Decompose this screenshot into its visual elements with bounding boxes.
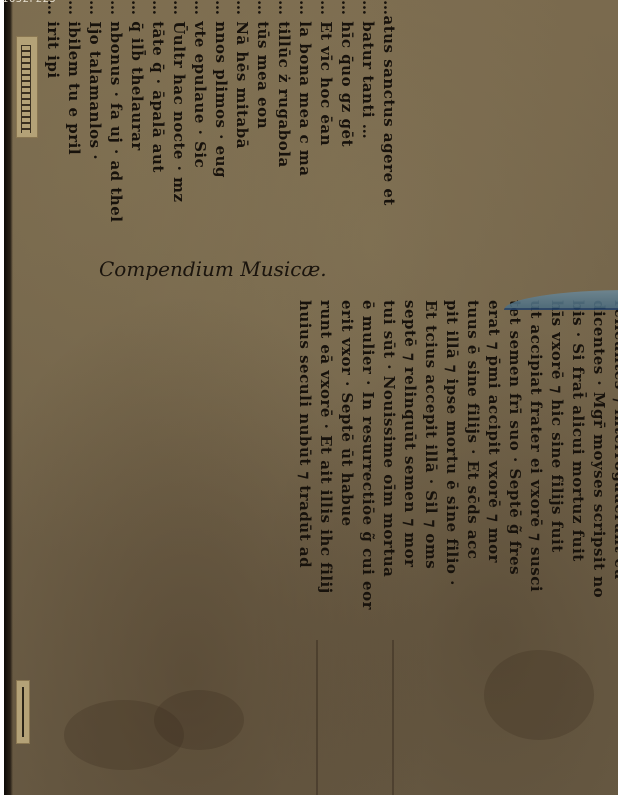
water-stain xyxy=(484,650,594,740)
manuscript-text-line: … vte epulaue · Sic xyxy=(189,0,210,640)
manuscript-text-line: runt eā vxorē · Et ait illis ihc filij xyxy=(315,300,336,630)
manuscript-text-line: huius seculi nubūt ⁊ tradūt ad xyxy=(294,300,315,630)
manuscript-text-line: septē ⁊ relinquūt semen ⁊ mor xyxy=(399,300,420,630)
manuscript-text-line: dicentes · Mgr̄ moyses scripsit no xyxy=(588,300,609,630)
manuscript-text-line: hīs vxorē ⁊ hic sine filijs fuit xyxy=(546,300,567,630)
manuscript-text-line: ē mulier · In resurrectiōe g̃ cui eor xyxy=(357,300,378,630)
text-column-right: Philosop̄ · ··· ad vbumquādā tā dum̄ · q… xyxy=(294,300,618,630)
water-stain xyxy=(154,690,244,750)
handwritten-title: Compendium Musicæ. xyxy=(99,257,327,281)
paper-crease xyxy=(316,640,318,795)
binding-tab-top xyxy=(16,36,38,138)
manuscript-text-line: … ibilem tu e pril xyxy=(63,0,84,640)
book-spine-edge xyxy=(4,0,13,795)
manuscript-text-line: … Nā hēs mitabā xyxy=(231,0,252,640)
binding-tab-bottom xyxy=(16,680,30,744)
manuscript-text-line: tet semen frī suo · Septē g̃ fres xyxy=(504,300,525,630)
manuscript-text-line: bis · Si frat̄ alicui mortuz fuit xyxy=(567,300,588,630)
manuscript-text-line: … nbonus · fa uj · ad thel xyxy=(105,0,126,640)
manuscript-text-line: … irit ipi xyxy=(42,0,63,640)
manuscript-page: …atus sanctus agere et… batur tanti …… h… xyxy=(4,0,618,795)
manuscript-text-line: pit illā ⁊ ipse mortu ē sine filio · xyxy=(441,300,462,630)
manuscript-text-line: … q̄ ilb̄ thelaurar xyxy=(126,0,147,640)
manuscript-text-line: … Ūultr hac nocte · mz xyxy=(168,0,189,640)
blue-initial-flourish xyxy=(504,290,618,310)
manuscript-text-line: … tillūc ż rugabola xyxy=(273,0,294,640)
manuscript-text-line: … tāte q̄ · āpalā aut xyxy=(147,0,168,640)
manuscript-text-line: … nnos plimos · eug xyxy=(210,0,231,640)
manuscript-text-line: … Ijo talamanlos · xyxy=(84,0,105,640)
manuscript-text-line: … tūs mea eon xyxy=(252,0,273,640)
manuscript-text-line: relīcuntes ⁊ interrogauerunt eū xyxy=(609,300,618,630)
manuscript-text-line: ut accipiat frater ei vxorē ⁊ susci xyxy=(525,300,546,630)
manuscript-text-line: erit vxor · Septē ūt habue xyxy=(336,300,357,630)
manuscript-text-line: erat ⁊ p̄mi accipit vxorē ⁊ mor xyxy=(483,300,504,630)
catalog-label: 1652F225 xyxy=(2,0,56,5)
manuscript-text-line: tuus ē sine filijs · Et sc̄ds acc xyxy=(462,300,483,630)
manuscript-text-line: Et tcius accepit illā · Sil ⁊ oms xyxy=(420,300,441,630)
paper-crease xyxy=(392,640,394,795)
manuscript-text-line: tui sūt · Nouissime oīm mortua xyxy=(378,300,399,630)
